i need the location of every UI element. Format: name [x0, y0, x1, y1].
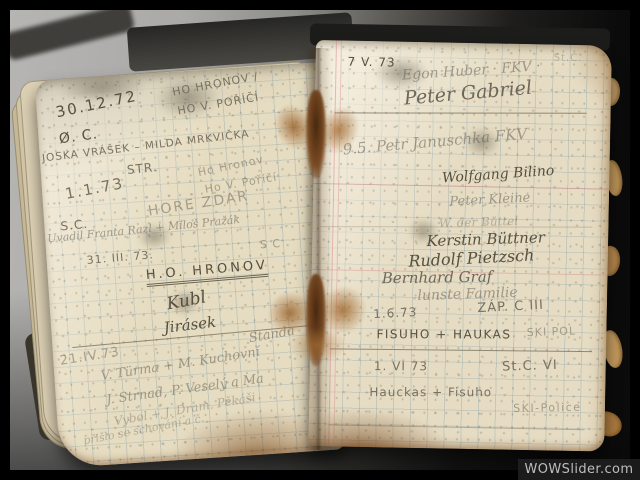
- entry-signature: Jirásek: [163, 313, 217, 337]
- entry-abbrev: ZÁP. C III: [477, 298, 544, 316]
- entry-club-underlined: H.O. HRONOV: [145, 258, 268, 287]
- entry-date: 21.IV.73: [59, 345, 121, 369]
- pressed-flower-stain: [276, 86, 358, 182]
- slider-frame: 30.12.72 HO HRONOV / HO V. POŘÍČÍ Ø. C. …: [0, 0, 640, 480]
- entry-abbrev: S C: [260, 237, 282, 251]
- pressed-flower-stain: [268, 266, 366, 370]
- ruled-divider: [330, 348, 592, 352]
- entry-date: 7 V. 73: [347, 55, 395, 70]
- entry-abbrev: SKI POL: [527, 324, 577, 339]
- entry-signature: Wolfgang Bilino: [442, 163, 555, 187]
- stain-core: [306, 90, 326, 178]
- entry-abbrev: SKI-Police: [513, 401, 582, 415]
- background-corner-shadow: [10, 10, 135, 61]
- entry-abbrev: St.C. VI: [502, 358, 558, 375]
- entry-abbrev: St.C.: [554, 53, 583, 65]
- entry-date: 1.1.73: [64, 174, 126, 203]
- entry-names: Hauckas + Fisuho: [369, 385, 492, 399]
- burn-stain-corner: [565, 40, 612, 110]
- entry-abbrev: STR.: [126, 160, 158, 177]
- entry-signature: Bernhard Graf: [382, 268, 493, 288]
- stain-drip: [290, 328, 346, 362]
- notebook-photo: 30.12.72 HO HRONOV / HO V. POŘÍČÍ Ø. C. …: [10, 10, 630, 470]
- entry-signature: W. der Büttel: [439, 214, 519, 231]
- ruled-divider: [335, 112, 587, 113]
- wowslider-watermark-link[interactable]: WOWSlider.com: [518, 459, 640, 480]
- entry-names: FISUHO + HAUKAS: [376, 327, 511, 341]
- entry-signature: Peter Kleine: [449, 190, 531, 209]
- entry-initials: Ø. C.: [58, 126, 99, 147]
- entry-signature: 9.5. Petr Januschka FKV: [342, 125, 528, 159]
- entry-signature: Kubl: [165, 287, 208, 314]
- entry-date: 31. III. 73.: [86, 248, 154, 267]
- entry-date: 1.6.73: [373, 305, 418, 321]
- entry-date: 1. VI 73: [374, 359, 428, 373]
